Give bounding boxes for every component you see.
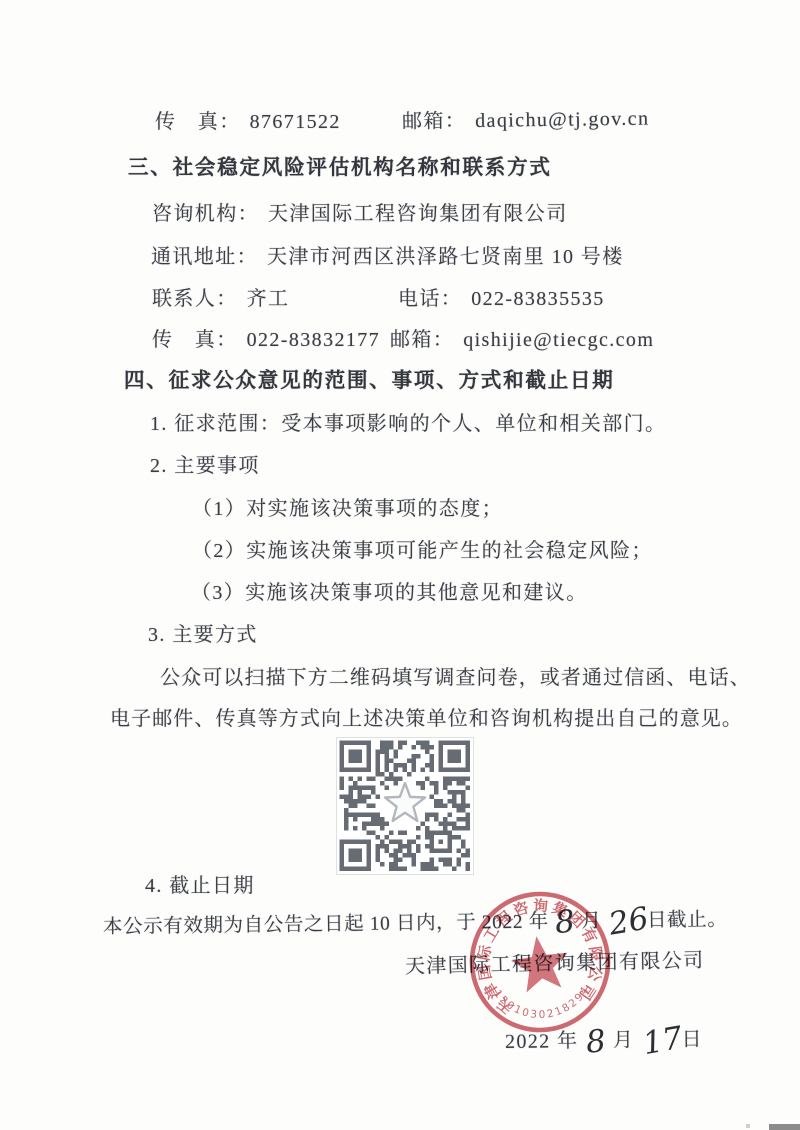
qr-center-star [337, 738, 473, 874]
sub-item-1: （1）对实施该决策事项的态度； [192, 497, 503, 521]
item-scope: 1. 征求范围：受本事项影响的个人、单位和相关部门。 [150, 412, 666, 436]
fax-label: 传 真： [155, 111, 241, 133]
email2-label: 邮箱： [390, 329, 454, 351]
email-label: 邮箱： [402, 110, 467, 133]
address-label: 通讯地址： [151, 246, 258, 268]
fax-value: 87671522 [241, 111, 341, 133]
fax2-label: 传 真： [152, 329, 238, 351]
deadline-suffix: 日截止。 [647, 909, 728, 931]
item-main-matters: 2. 主要事项 [150, 454, 260, 478]
email2-row: 邮箱：qishijie@tiecgc.com [390, 328, 654, 352]
survey-qr-code [337, 738, 473, 874]
fax2-row: 传 真：022-83832177 [152, 328, 380, 352]
sub-item-3: （3）实施该决策事项的其他意见和建议。 [191, 581, 588, 605]
address-row: 通讯地址：天津市河西区洪泽路七贤南里 10 号楼 [151, 245, 624, 269]
section4-heading: 四、征求公众意见的范围、事项、方式和截止日期 [124, 369, 615, 393]
phone-label: 电话： [398, 288, 462, 310]
org-row: 咨询机构：天津国际工程咨询集团有限公司 [152, 202, 568, 226]
star-icon [385, 783, 425, 821]
phone-row: 电话：022-83835535 [398, 287, 605, 311]
paragraph-line-1: 公众可以扫描下方二维码填写调查问卷，或者通过信函、电话、 [160, 666, 751, 690]
contact-person-row: 联系人：齐工 [152, 287, 289, 311]
scanned-document-page: 传 真：87671522 邮箱：daqichu@tj.gov.cn 三、社会稳定… [0, 0, 800, 1130]
handwritten-date-day: 17 [641, 1028, 683, 1054]
email2-value: qishijie@tiecgc.com [454, 329, 654, 351]
item-main-methods: 3. 主要方式 [148, 623, 258, 647]
address-value: 天津市河西区洪泽路七贤南里 10 号楼 [258, 246, 624, 268]
item-deadline: 4. 截止日期 [145, 874, 255, 898]
sub-item-2: （2）实施该决策事项可能产生的社会稳定风险； [192, 539, 653, 563]
date-suffix: 日 [681, 1029, 703, 1051]
paragraph-line-2: 电子邮件、传真等方式向上述决策单位和咨询机构提出自己的意见。 [110, 707, 743, 731]
star-icon [508, 932, 572, 994]
top-fax-row: 传 真：87671522 [155, 110, 341, 134]
phone-value: 022-83835535 [462, 288, 604, 310]
scan-artifact-bar [769, 1124, 800, 1130]
scan-artifact-dot [746, 1124, 750, 1128]
fax2-value: 022-83832177 [238, 329, 380, 351]
org-value: 天津国际工程咨询集团有限公司 [259, 203, 568, 225]
section3-heading: 三、社会稳定风险评估机构名称和联系方式 [128, 156, 552, 180]
company-seal-stamp: 天津国际工程咨询集团有限公司 1201030218294 [445, 867, 635, 1057]
org-label: 咨询机构： [152, 203, 259, 225]
contact-person-value: 齐工 [238, 288, 290, 310]
email-value: daqichu@tj.gov.cn [466, 108, 650, 133]
top-email-row: 邮箱：daqichu@tj.gov.cn [402, 107, 650, 134]
contact-person-label: 联系人： [152, 288, 238, 310]
